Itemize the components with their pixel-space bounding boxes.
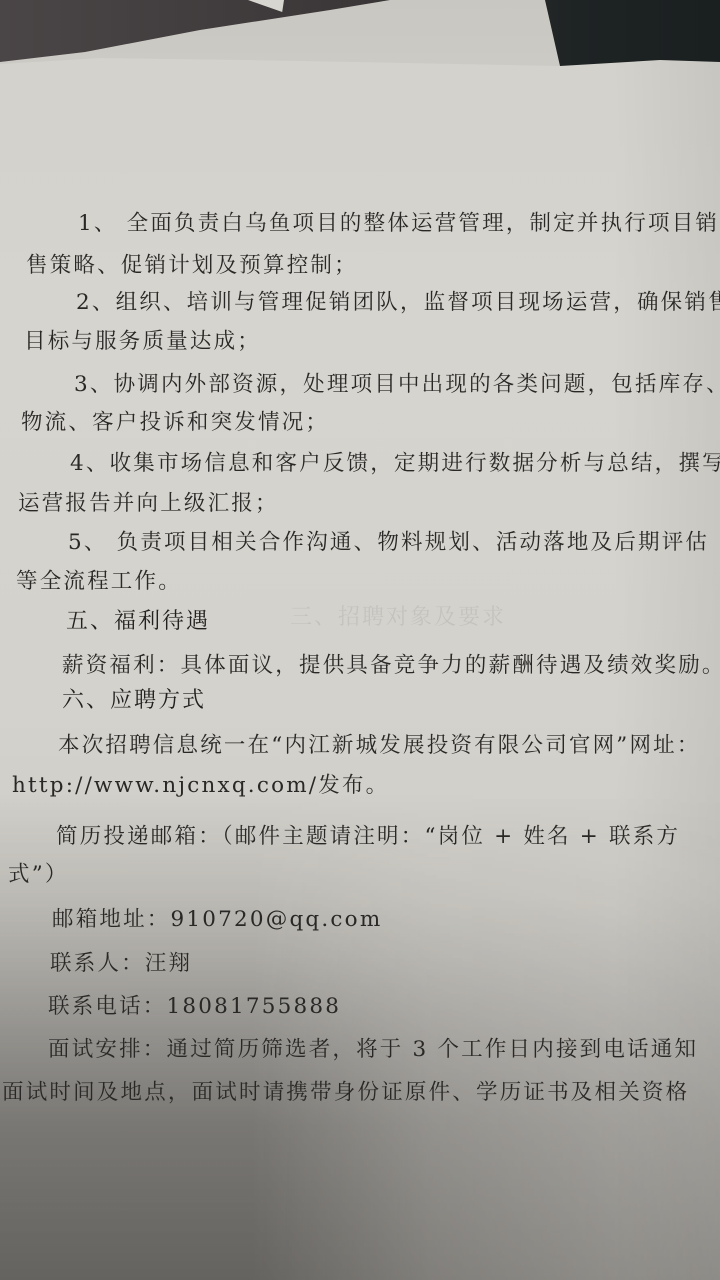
- section-heading-apply: 六、应聘方式: [62, 690, 206, 712]
- interview-line-1: 面试安排：通过简历筛选者，将于 3 个工作日内接到电话通知: [48, 1039, 698, 1061]
- benefits-text: 薪资福利：具体面议，提供具备竞争力的薪酬待遇及绩效奖励。: [62, 655, 720, 677]
- website-url: http://www.njcnxq.com/发布。: [12, 775, 389, 797]
- email-address: 邮箱地址：910720@qq.com: [52, 909, 382, 931]
- duty-5-line-1: 5、 负责项目相关合作沟通、物料规划、活动落地及后期评估: [68, 532, 709, 554]
- section-heading-benefits: 五、福利待遇: [66, 611, 210, 633]
- duty-1-line-1: 1、 全面负责白乌鱼项目的整体运营管理，制定并执行项目销: [78, 213, 719, 235]
- contact-phone: 联系电话：18081755888: [48, 996, 341, 1018]
- duty-4-line-2: 运营报告并向上级汇报；: [18, 493, 279, 515]
- photo-scene: 三、招聘对象及要求 1、 全面负责白乌鱼项目的整体运营管理，制定并执行项目销 售…: [0, 0, 720, 1280]
- contact-person: 联系人：汪翔: [50, 953, 192, 975]
- duty-2-line-1: 2、组织、培训与管理促销团队，监督项目现场运营，确保销售: [76, 292, 720, 314]
- bleed-through-text: 三、招聘对象及要求: [290, 600, 506, 631]
- resume-instructions-line-1: 简历投递邮箱：（邮件主题请注明：“岗位 + 姓名 + 联系方: [56, 826, 680, 848]
- duty-5-line-2: 等全流程工作。: [16, 571, 182, 593]
- duty-3-line-2: 物流、客户投诉和突发情况；: [21, 412, 329, 434]
- publish-line-1: 本次招聘信息统一在“内江新城发展投资有限公司官网”网址：: [58, 735, 701, 757]
- duty-3-line-1: 3、协调内外部资源，处理项目中出现的各类问题，包括库存、: [74, 374, 720, 396]
- duty-4-line-1: 4、收集市场信息和客户反馈，定期进行数据分析与总结，撰写: [70, 453, 720, 475]
- resume-instructions-line-2: 式”）: [8, 864, 69, 886]
- duty-2-line-2: 目标与服务质量达成；: [24, 331, 261, 353]
- paper-scrap: [248, 0, 284, 12]
- interview-line-2: 面试时间及地点，面试时请携带身份证原件、学历证书及相关资格: [2, 1082, 689, 1104]
- duty-1-line-2: 售策略、促销计划及预算控制；: [26, 255, 358, 277]
